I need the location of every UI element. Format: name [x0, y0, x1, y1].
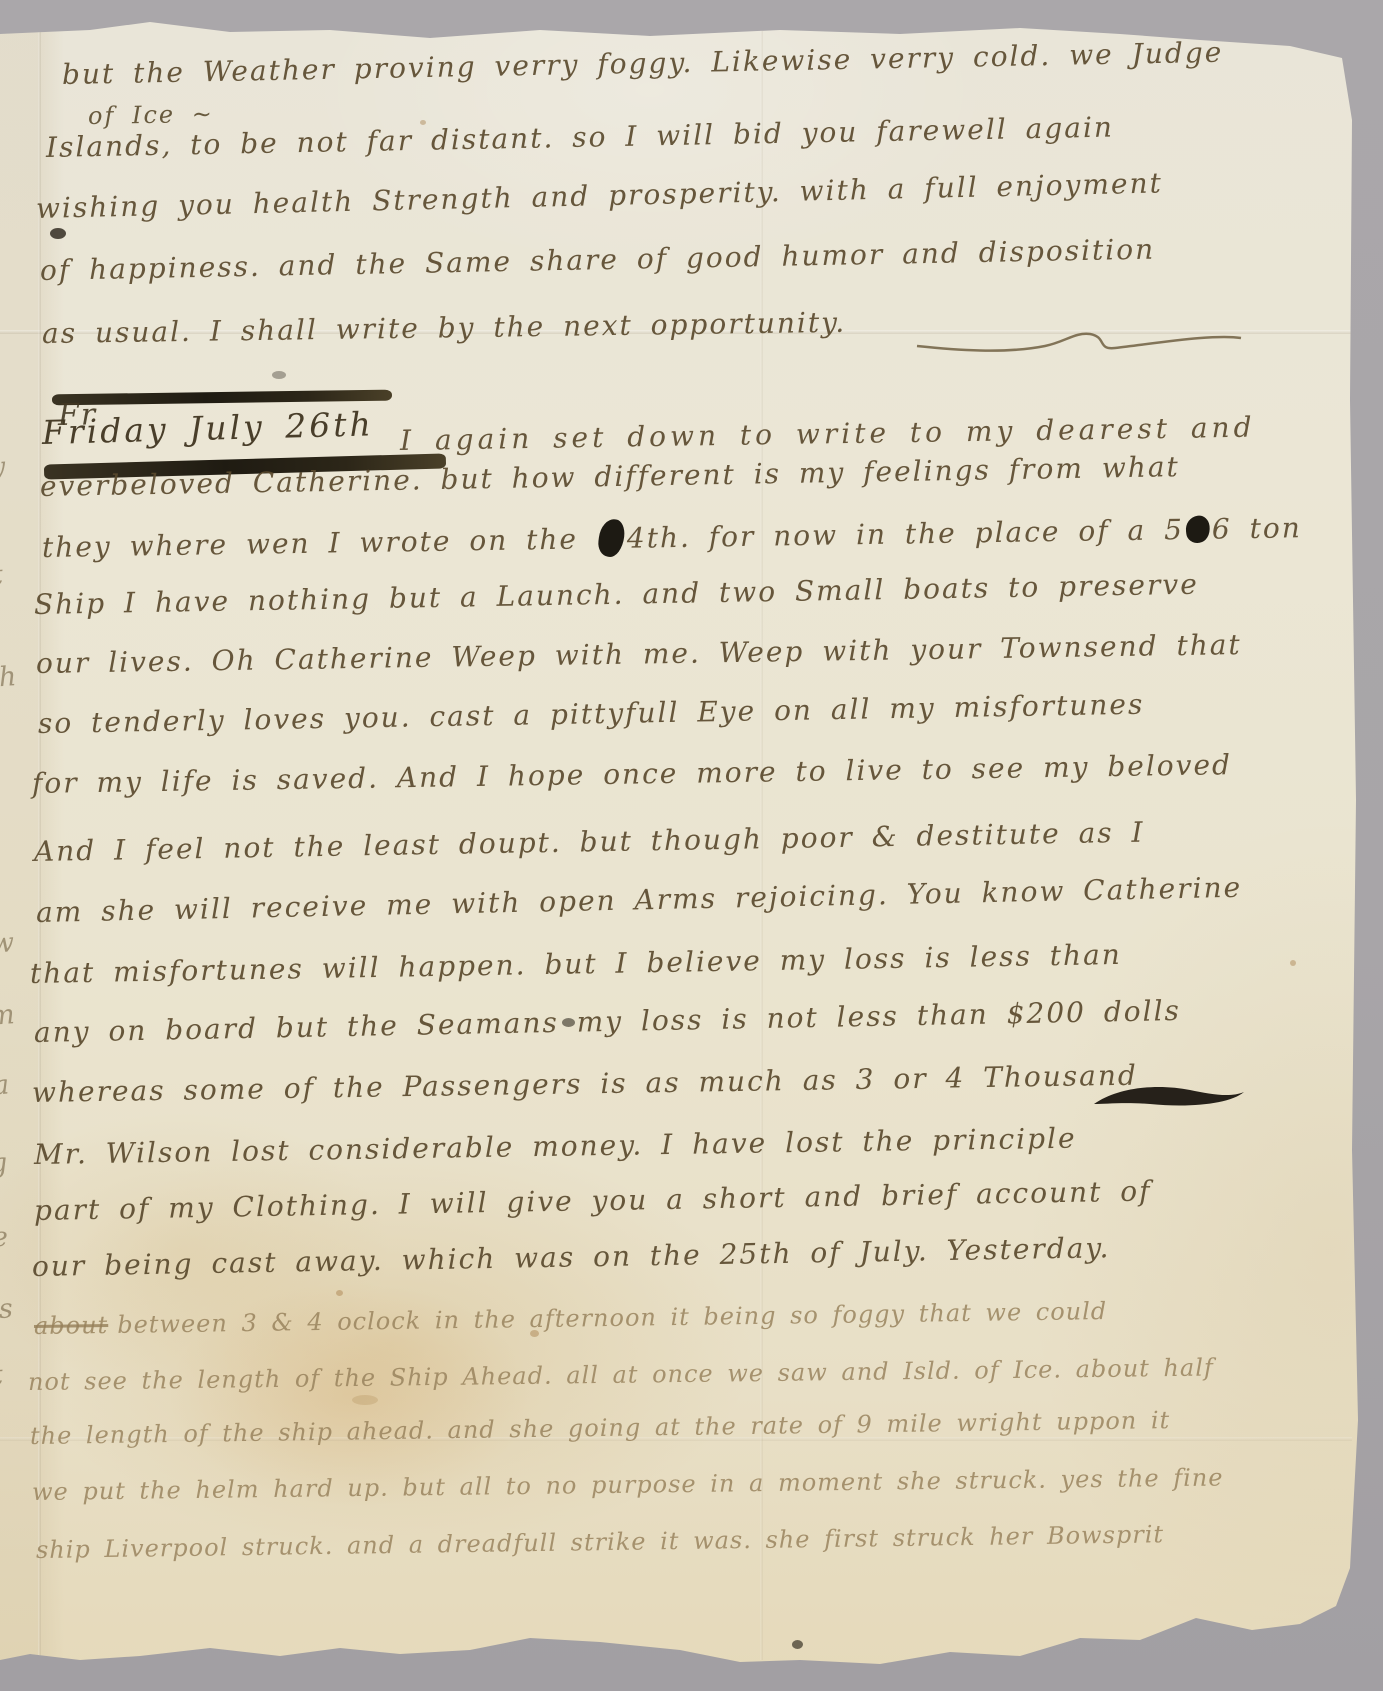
manuscript-line: for my life is saved. And I hope once mo…: [32, 748, 1232, 800]
struck-out-word: about: [34, 1311, 109, 1340]
edge-text-fragment: t: [0, 1360, 4, 1392]
ink-smudge: [50, 228, 66, 239]
manuscript-line: not see the length of the Ship Ahead. al…: [28, 1354, 1214, 1396]
manuscript-line: am she will receive me with open Arms re…: [36, 871, 1243, 929]
line-text: 6 ton: [1212, 511, 1302, 545]
manuscript-line: everbeloved Catherine. but how different…: [40, 450, 1180, 503]
edge-text-fragment: w: [0, 927, 15, 960]
manuscript-line-with-blots: they where wen I wrote on the 4th. for n…: [42, 508, 1302, 566]
edge-text-fragment: e: [0, 1221, 9, 1253]
edge-text-fragment: m: [0, 999, 16, 1032]
edge-text-fragment: t: [0, 560, 4, 592]
paper-stain: [352, 1395, 378, 1405]
vertical-fold-crease: [38, 0, 41, 1660]
edge-text-fragment: ts: [0, 1293, 14, 1326]
manuscript-line: ship Liverpool struck. and a dreadfull s…: [36, 1520, 1164, 1564]
manuscript-line: any on board but the Seamans my loss is …: [34, 994, 1181, 1049]
manuscript-line: the length of the ship ahead. and she go…: [30, 1406, 1171, 1450]
ink-blot: [597, 518, 627, 559]
manuscript-line: as usual. I shall write by the next oppo…: [42, 306, 847, 350]
manuscript-line: Ship I have nothing but a Launch. and tw…: [34, 568, 1199, 621]
ink-smudge: [272, 371, 286, 379]
edge-text-fragment: g: [0, 1147, 8, 1179]
manuscript-line: wishing you health Strength and prosperi…: [36, 166, 1164, 225]
ink-smudge: [792, 1640, 803, 1649]
interline-insertion: of Ice ~: [88, 100, 214, 130]
paper-speck: [1290, 960, 1296, 966]
paper-speck: [336, 1290, 343, 1296]
date-heading: Friday July 26th: [41, 404, 374, 452]
heavy-ink-flourish: [1090, 1078, 1250, 1114]
ink-blot: [1184, 514, 1211, 544]
manuscript-line: our being cast away. which was on the 25…: [32, 1231, 1111, 1283]
letter-page: y t th w m a g e ts t but the Weather pr…: [0, 0, 1383, 1691]
pen-flourish: [915, 320, 1245, 360]
paper-speck: [530, 1330, 539, 1337]
manuscript-line: of happiness. and the Same share of good…: [40, 233, 1156, 287]
manuscript-line: Mr. Wilson lost considerable money. I ha…: [34, 1122, 1077, 1171]
edge-text-fragment: y: [0, 452, 6, 484]
ink-smudge: [562, 1018, 575, 1027]
manuscript-line: but the Weather proving verry foggy. Lik…: [62, 36, 1224, 91]
manuscript-line: so tenderly loves you. cast a pittyfull …: [38, 688, 1145, 740]
manuscript-line: that misfortunes will happen. but I beli…: [30, 938, 1122, 990]
edge-text-fragment: a: [0, 1069, 10, 1101]
manuscript-line: we put the helm hard up. but all to no p…: [32, 1463, 1224, 1506]
line-text: between 3 & 4 oclock in the afternoon it…: [117, 1297, 1107, 1339]
manuscript-line: our lives. Oh Catherine Weep with me. We…: [36, 628, 1242, 680]
line-text: 4th. for now in the place of a 5: [627, 513, 1185, 555]
manuscript-line: whereas some of the Passengers is as muc…: [32, 1059, 1138, 1109]
ink-smear-bar: [52, 390, 392, 406]
letter-scan: y t th w m a g e ts t but the Weather pr…: [0, 0, 1383, 1691]
manuscript-line: aboutbetween 3 & 4 oclock in the afterno…: [34, 1297, 1108, 1340]
edge-text-fragment: th: [0, 661, 17, 694]
paper-speck: [420, 120, 426, 125]
manuscript-line: And I feel not the least doupt. but thou…: [34, 816, 1145, 868]
manuscript-line: part of my Clothing. I will give you a s…: [34, 1174, 1152, 1227]
line-text: they where wen I wrote on the: [42, 522, 596, 564]
